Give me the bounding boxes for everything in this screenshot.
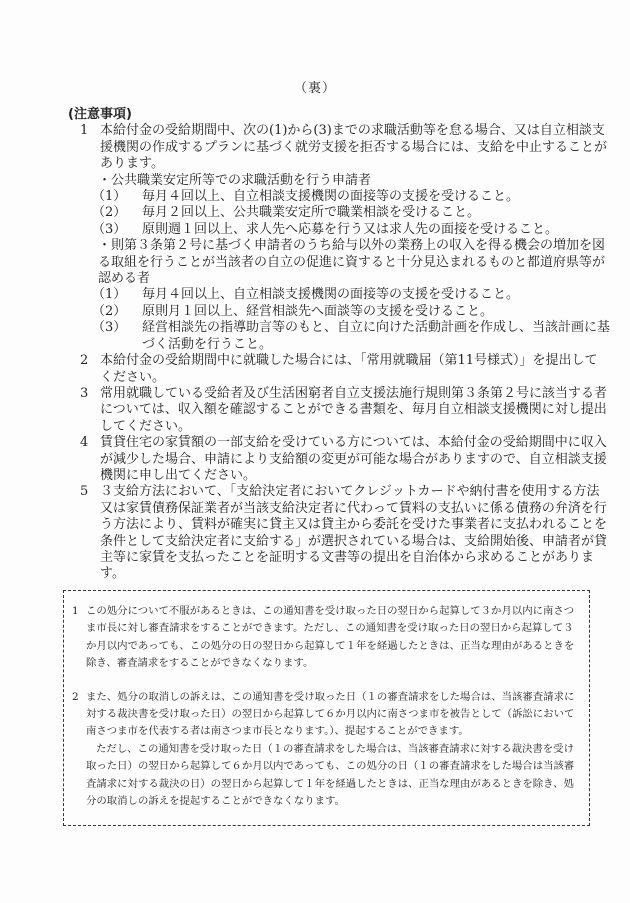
notice-text: この処分について不服があるときは、この通知書を受け取った日の翌日から起算して３か… <box>86 605 574 669</box>
note-number: 1 <box>80 123 88 139</box>
note-text: ３支給方法において、「支給決定者においてクレジットカードや納付書を使用する方法又… <box>100 484 607 581</box>
sub-item: （3） 原則週１回以上、求人先へ応募を行う又は求人先の面接を受けること。 <box>70 222 610 238</box>
sub-item-number: （2） <box>92 304 126 320</box>
note-text: 本給付金の受給期間中に就職した場合には、「常用就職届（第11号様式）」を提出して… <box>100 353 598 384</box>
appeal-notice-box: 1 この処分について不服があるときは、この通知書を受け取った日の翌日から起算して… <box>63 590 590 826</box>
sub-item: （2） 原則月１回以上、経営相談先へ面談等の支援を受けること。 <box>70 304 610 320</box>
group-heading-text: ・公共職業安定所等での求職活動を行う申請者 <box>98 173 610 189</box>
group-heading-text: ・則第３条第２号に基づく申請者のうち給与以外の業務上の収入を得る機会の増加を図る… <box>98 238 610 287</box>
note-item-2: 2 本給付金の受給期間中に就職した場合には、「常用就職届（第11号様式）」を提出… <box>70 353 610 386</box>
note-number: 2 <box>80 353 88 369</box>
sub-item: （2） 毎月２回以上、公共職業安定所で職業相談を受けること。 <box>70 205 610 221</box>
notice-number: 2 <box>72 689 79 706</box>
sub-item-number: （1） <box>92 189 126 205</box>
notes-section: (注意事項) 1 本給付金の受給期間中、次の(1)から(3)までの求職活動等を怠… <box>70 107 610 583</box>
notice-proviso: ただし、この通知書を受け取った日（１の審査請求をした場合は、当該審査請求に対する… <box>72 741 581 811</box>
page-side-title: （裏） <box>0 77 630 96</box>
sub-item-text: 経営相談先の指導助言等のもと、自立に向けた活動計画を作成し、当該計画に基づく活動… <box>142 320 610 351</box>
sub-item: （1） 毎月４回以上、自立相談支援機関の面接等の支援を受けること。 <box>70 189 610 205</box>
notice-item-2: 2 また、処分の取消しの訴えは、この通知書を受け取った日（１の審査請求をした場合… <box>72 689 581 741</box>
note-item-3: 3 常用就職している受給者及び生活困窮者自立支援法施行規則第３条第２号に該当する… <box>70 386 610 435</box>
sub-item-number: （3） <box>92 222 126 238</box>
sub-item-number: （1） <box>92 287 126 303</box>
note-item-1: 1 本給付金の受給期間中、次の(1)から(3)までの求職活動等を怠る場合、又は自… <box>70 123 610 172</box>
group-heading-job-seeking: ・公共職業安定所等での求職活動を行う申請者 <box>70 173 610 189</box>
spacer <box>72 673 581 689</box>
notice-number: 1 <box>72 603 79 620</box>
note-number: 5 <box>80 484 88 500</box>
note-text: 常用就職している受給者及び生活困窮者自立支援法施行規則第３条第２号に該当する者に… <box>100 386 607 434</box>
note-number: 3 <box>80 386 88 402</box>
sub-item: （1） 毎月４回以上、自立相談支援機関の面接等の支援を受けること。 <box>70 287 610 303</box>
note-text: 本給付金の受給期間中、次の(1)から(3)までの求職活動等を怠る場合、又は自立相… <box>100 123 607 171</box>
sub-item-number: （2） <box>92 205 126 221</box>
group-heading-business-income: ・則第３条第２号に基づく申請者のうち給与以外の業務上の収入を得る機会の増加を図る… <box>70 238 610 287</box>
sub-item-text: 毎月２回以上、公共職業安定所で職業相談を受けること。 <box>142 205 480 220</box>
note-item-4: 4 賃貸住宅の家賃額の一部支給を受けている方については、本給付金の受給期間中に収… <box>70 435 610 484</box>
sub-item: （3） 経営相談先の指導助言等のもと、自立に向けた活動計画を作成し、当該計画に基… <box>70 320 610 353</box>
note-text: 賃貸住宅の家賃額の一部支給を受けている方については、本給付金の受給期間中に収入が… <box>100 435 607 483</box>
sub-item-number: （3） <box>92 320 126 336</box>
notice-text: また、処分の取消しの訴えは、この通知書を受け取った日（１の審査請求をした場合は、… <box>86 691 574 738</box>
sub-item-text: 原則月１回以上、経営相談先へ面談等の支援を受けること。 <box>142 304 493 319</box>
sub-item-text: 毎月４回以上、自立相談支援機関の面接等の支援を受けること。 <box>142 287 519 302</box>
notes-heading: (注意事項) <box>68 107 610 123</box>
note-item-5: 5 ３支給方法において、「支給決定者においてクレジットカードや納付書を使用する方… <box>70 484 610 582</box>
sub-item-text: 毎月４回以上、自立相談支援機関の面接等の支援を受けること。 <box>142 189 519 204</box>
notice-item-1: 1 この処分について不服があるときは、この通知書を受け取った日の翌日から起算して… <box>72 603 581 673</box>
note-number: 4 <box>80 435 88 451</box>
sub-item-text: 原則週１回以上、求人先へ応募を行う又は求人先の面接を受けること。 <box>142 222 558 237</box>
